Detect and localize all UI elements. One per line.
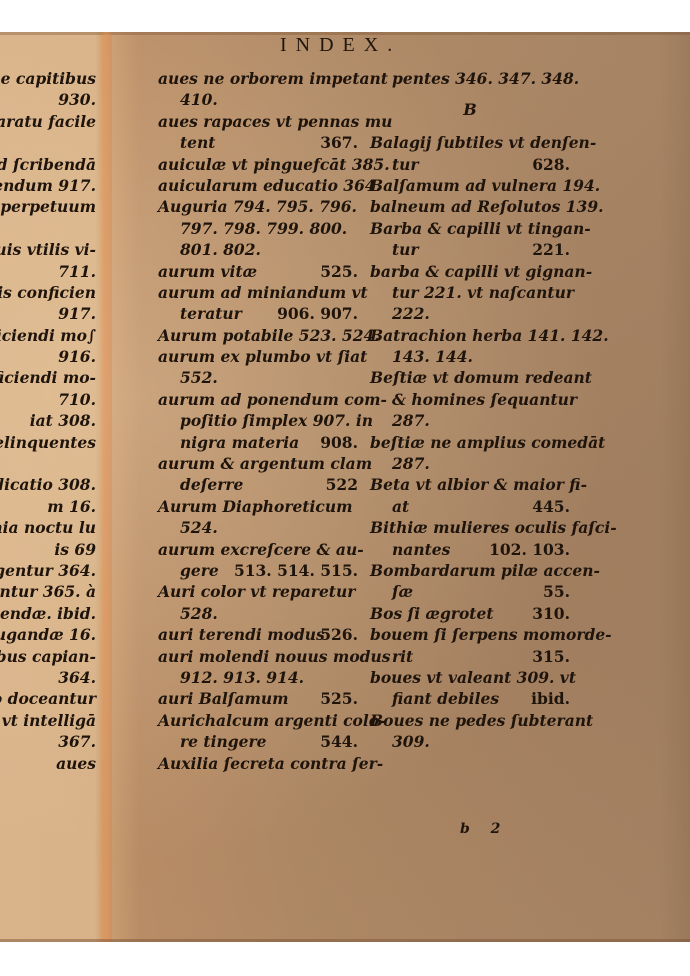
line-text: ibus capian- — [0, 646, 96, 668]
entry-continuation-line: poſitio ſimplex 907. in — [158, 410, 358, 431]
index-entry: boues vt valeant 309. vtfiant debilesibi… — [370, 667, 570, 710]
entry-text: 287. — [392, 454, 430, 473]
entry-headword-line: aurum ad miniandum vt — [158, 282, 358, 303]
index-entry: Balſamum ad vulnera 194. — [370, 175, 570, 196]
entry-continuation-line: re tingere544. — [158, 731, 358, 752]
line-text: nendum 917. — [0, 175, 96, 197]
entry-continuation-line: 309. — [370, 731, 570, 752]
line-text: 930. — [58, 89, 96, 111]
entry-headword-line: auri molendi nouus modus — [158, 646, 358, 667]
left-fragment-line: 710. — [0, 389, 96, 410]
left-fragment-line: ania noctu lu — [0, 517, 96, 538]
left-fragment-line: delinquentes — [0, 432, 96, 453]
page-reference: ibid. — [531, 688, 570, 710]
index-entry: auri molendi nouus modus912. 913. 914. — [158, 646, 358, 689]
page-header: INDEX. — [280, 34, 401, 56]
entry-text: bouem ſi ſerpens momorde- — [370, 625, 612, 644]
entry-continuation-line: tur221. — [370, 239, 570, 260]
index-entry: Aurum potabile 523. 524. — [158, 325, 358, 346]
entry-continuation-line: tur 221. vt naſcantur — [370, 282, 570, 303]
entry-text: Batrachion herba 141. 142. — [370, 326, 609, 345]
index-entry: aues ne orborem impetant410. — [158, 68, 358, 111]
entry-text: Bombardarum pilæ accen- — [370, 561, 600, 580]
page-reference: 315. — [532, 646, 570, 668]
entry-text: Balſamum ad vulnera 194. — [370, 176, 600, 195]
index-entry: aurum vitæ525. — [158, 261, 358, 282]
entry-text: 410. — [180, 90, 218, 109]
entry-continuation-line: ſæ55. — [370, 581, 570, 602]
line-text: m 16. — [47, 496, 96, 518]
entry-headword-line: aues ne orborem impetant — [158, 68, 358, 89]
entry-headword-line: Auxilia ſecreta contra ſer- — [158, 753, 358, 774]
left-fragment-line: fugandæ 16. — [0, 624, 96, 645]
index-column-middle: aues ne orborem impetant410.aues rapaces… — [158, 68, 358, 774]
entry-text: pentes 346. 347. 348. — [392, 69, 579, 88]
entry-continuation-line: 287. — [370, 453, 570, 474]
line-text: vt intelligā — [2, 710, 96, 732]
entry-text: fiant debiles — [392, 689, 499, 708]
left-fragment-line — [0, 218, 96, 239]
left-fragment-line: paratu facile — [0, 111, 96, 132]
line-text: 367. — [58, 731, 96, 753]
index-entry: aurum ad ponendum com-poſitio ſimplex 90… — [158, 389, 358, 453]
index-entry: Aurum Diaphoreticum524. — [158, 496, 358, 539]
page-reference: 367. — [320, 132, 358, 154]
entry-headword-line: Auguria 794. 795. 796. — [158, 196, 358, 217]
entry-continuation-line: deſerre522 — [158, 474, 358, 495]
entry-text: Aurum potabile 523. 524. — [158, 326, 380, 345]
index-entry: auiculæ vt pinguefcāt 385. — [158, 154, 358, 175]
page-reference: 310. — [532, 603, 570, 625]
line-text: ntur 365. à — [0, 581, 96, 603]
entry-headword-line: Bos ſi ægrotet310. — [370, 603, 570, 624]
index-entry: Beta vt albior & maior fi-at445. — [370, 474, 570, 517]
page-reference: 55. — [543, 581, 570, 603]
entry-text: nigra materia — [180, 433, 299, 452]
page-reference: 102. 103. — [489, 539, 570, 561]
entry-headword-line: aues rapaces vt pennas mu — [158, 111, 358, 132]
printer-signature-mark: b 2 — [460, 818, 508, 840]
index-entry: aurum ad miniandum vtteratur906. 907. — [158, 282, 358, 325]
left-fragment-line: ntur 365. à — [0, 581, 96, 602]
left-fragment-line: m 16. — [0, 496, 96, 517]
entry-text: balneum ad Reſolutos 139. — [370, 197, 604, 216]
index-entry: balneum ad Reſolutos 139. — [370, 196, 570, 217]
line-text: fugandæ 16. — [0, 624, 96, 646]
entry-text: 801. 802. — [180, 240, 261, 259]
entry-headword-line: Bombardarum pilæ accen- — [370, 560, 570, 581]
entry-text: auri Balſamum — [158, 689, 289, 708]
entry-continuation-line: 222. — [370, 303, 570, 324]
entry-text: auicularum educatio 364. — [158, 176, 381, 195]
entry-headword-line: aurum vitæ525. — [158, 261, 358, 282]
entry-text: aurum ad ponendum com- — [158, 390, 387, 409]
entry-headword-line: boues vt valeant 309. vt — [370, 667, 570, 688]
line-text: rcendæ. ibid. — [0, 603, 96, 625]
entry-text: barba & capilli vt gignan- — [370, 262, 592, 281]
page-bottom-edge — [0, 939, 690, 942]
entry-text: gere — [180, 561, 219, 580]
entry-text: Auxilia ſecreta contra ſer- — [158, 754, 383, 773]
left-fragment-line: nficiendi mo- — [0, 367, 96, 388]
entry-continuation-line: nantes102. 103. — [370, 539, 570, 560]
index-entry: Boues ne pedes ſubterant309. — [370, 710, 570, 753]
entry-continuation-line: & homines ſequantur — [370, 389, 570, 410]
left-fragment-line: do doceantur — [0, 688, 96, 709]
entry-text: Boues ne pedes ſubterant — [370, 711, 593, 730]
entry-continuation-line: tur628. — [370, 154, 570, 175]
book-gutter — [100, 32, 112, 942]
entry-text: 912. 913. 914. — [180, 668, 304, 687]
entry-text: nantes — [392, 540, 450, 559]
entry-text: auri terendi modus — [158, 625, 325, 644]
entry-headword-line: Beſtiæ vt domum redeant — [370, 367, 570, 388]
entry-continuation-line: 912. 913. 914. — [158, 667, 358, 688]
left-fragment-line: 711. — [0, 261, 96, 282]
line-text: gentur 364. — [0, 560, 96, 582]
index-entry: beſtiæ ne amplius comedāt287. — [370, 432, 570, 475]
entry-continuation-line: at445. — [370, 496, 570, 517]
line-text: aluis vtilis vi- — [0, 239, 96, 261]
line-text: ſine capitibus — [0, 68, 96, 90]
entry-headword-line: auicularum educatio 364. — [158, 175, 358, 196]
entry-headword-line: balneum ad Reſolutos 139. — [370, 196, 570, 217]
entry-headword-line: Batrachion herba 141. 142. — [370, 325, 570, 346]
index-entry: aurum & argentum clamdeſerre522 — [158, 453, 358, 496]
entry-headword-line: Bithiæ mulieres oculis faſci- — [370, 517, 570, 538]
entry-continuation-line: 797. 798. 799. 800. — [158, 218, 358, 239]
entry-text: 552. — [180, 368, 218, 387]
entry-text: ſæ — [392, 582, 413, 601]
page-reference: 525. — [320, 688, 358, 710]
entry-text: aurum ex plumbo vt ſiat — [158, 347, 367, 366]
entry-headword-line: Auri color vt reparetur — [158, 581, 358, 602]
entry-text: aurum ad miniandum vt — [158, 283, 368, 302]
entry-continuation-line: 528. — [158, 603, 358, 624]
entry-text: Barba & capilli vt tingan- — [370, 219, 591, 238]
entry-headword-line: aurum ex plumbo vt ſiat — [158, 346, 358, 367]
left-page-fragment-column: ſine capitibus930.paratu facilead ſcribe… — [0, 68, 96, 774]
entry-continuation-line: tent367. — [158, 132, 358, 153]
entry-continuation-line: nigra materia908. — [158, 432, 358, 453]
line-text: delinquentes — [0, 432, 96, 454]
entry-text: 797. 798. 799. 800. — [180, 219, 347, 238]
line-text: m perpetuum — [0, 196, 96, 218]
entry-text: tur — [392, 240, 419, 259]
index-entry: bouem ſi ſerpens momorde-rit315. — [370, 624, 570, 667]
left-fragment-line: nficiendi mo∫ — [0, 325, 96, 346]
page-reference: 513. 514. 515. — [234, 560, 358, 582]
page-reference: 544. — [320, 731, 358, 753]
entry-headword-line: Aurichalcum argenti colo- — [158, 710, 358, 731]
left-fragment-line: 917. — [0, 303, 96, 324]
entry-continuation-line: 524. — [158, 517, 358, 538]
line-text: 364. — [58, 667, 96, 689]
line-text: ad ſcribendā — [0, 154, 96, 176]
index-entry: Bithiæ mulieres oculis faſci-nantes102. … — [370, 517, 570, 560]
left-fragment-line: ibus capian- — [0, 646, 96, 667]
line-text: 711. — [58, 261, 96, 283]
entry-text: Aurichalcum argenti colo- — [158, 711, 386, 730]
left-fragment-line — [0, 453, 96, 474]
entry-headword-line: Aurum Diaphoreticum — [158, 496, 358, 517]
index-column-right: pentes 346. 347. 348.BBalagij ſubtiles v… — [370, 68, 570, 753]
index-entry: aurum ex plumbo vt ſiat552. — [158, 346, 358, 389]
entry-headword-line: Beta vt albior & maior fi- — [370, 474, 570, 495]
entry-continuation-line: fiant debilesibid. — [370, 688, 570, 709]
page-reference: 522 — [326, 474, 358, 496]
entry-text: 524. — [180, 518, 218, 537]
line-text: aues — [56, 753, 96, 775]
line-text: 917. — [58, 303, 96, 325]
entry-text: 143. 144. — [392, 347, 473, 366]
entry-text: tent — [180, 133, 215, 152]
left-fragment-line: 916. — [0, 346, 96, 367]
entry-headword-line: aurum ad ponendum com- — [158, 389, 358, 410]
index-entry: Bombardarum pilæ accen-ſæ55. — [370, 560, 570, 603]
entry-text: 309. — [392, 732, 430, 751]
entry-headword-line: Balagij ſubtiles vt denſen- — [370, 132, 570, 153]
entry-headword-line: auri terendi modus526. — [158, 624, 358, 645]
entry-headword-line: barba & capilli vt gignan- — [370, 261, 570, 282]
page-reference: 525. — [320, 261, 358, 283]
entry-text: Auri color vt reparetur — [158, 582, 355, 601]
entry-text: auri molendi nouus modus — [158, 647, 391, 666]
line-text: aluis conficien — [0, 282, 96, 304]
entry-text: at — [392, 497, 409, 516]
entry-text: aues ne orborem impetant — [158, 69, 388, 88]
left-fragment-line: ſine capitibus — [0, 68, 96, 89]
entry-text: poſitio ſimplex 907. in — [180, 411, 373, 430]
entry-text: tur — [392, 155, 419, 174]
left-fragment-line: 364. — [0, 667, 96, 688]
left-fragment-line: 367. — [0, 731, 96, 752]
entry-text: Beta vt albior & maior fi- — [370, 475, 587, 494]
entry-text: boues vt valeant 309. vt — [370, 668, 576, 687]
left-fragment-line: nendum 917. — [0, 175, 96, 196]
entry-continuation-line: teratur906. 907. — [158, 303, 358, 324]
left-fragment-line: ad ſcribendā — [0, 154, 96, 175]
index-entry: aues rapaces vt pennas mutent367. — [158, 111, 358, 154]
entry-text: aurum excreſcere & au- — [158, 540, 364, 559]
entry-headword-line: Aurum potabile 523. 524. — [158, 325, 358, 346]
index-entry: Balagij ſubtiles vt denſen-tur628. — [370, 132, 570, 175]
entry-text: teratur — [180, 304, 242, 323]
entry-text: & homines ſequantur — [392, 390, 577, 409]
line-text: nficiendi mo∫ — [0, 325, 96, 347]
index-entry: Aurichalcum argenti colo-re tingere544. — [158, 710, 358, 753]
entry-text: deſerre — [180, 475, 243, 494]
left-fragment-line: 930. — [0, 89, 96, 110]
left-fragment-line: iat 308. — [0, 410, 96, 431]
left-fragment-line: dicatio 308. — [0, 474, 96, 495]
entry-headword-line: bouem ſi ſerpens momorde- — [370, 624, 570, 645]
page-reference: 221. — [532, 239, 570, 261]
entry-headword-line: aurum excreſcere & au- — [158, 539, 358, 560]
index-entry: auicularum educatio 364. — [158, 175, 358, 196]
entry-headword-line: Boues ne pedes ſubterant — [370, 710, 570, 731]
index-entry: Auri color vt reparetur528. — [158, 581, 358, 624]
left-fragment-line — [0, 132, 96, 153]
left-fragment-line: rcendæ. ibid. — [0, 603, 96, 624]
entry-text: 222. — [392, 304, 430, 323]
page-reference: 526. — [320, 624, 358, 646]
entry-text: rit — [392, 647, 413, 666]
line-text: paratu facile — [0, 111, 96, 133]
entry-text: auiculæ vt pinguefcāt 385. — [158, 155, 390, 174]
index-entry: Barba & capilli vt tingan-tur221. — [370, 218, 570, 261]
entry-headword-line: Balſamum ad vulnera 194. — [370, 175, 570, 196]
entry-continuation-line: gere513. 514. 515. — [158, 560, 358, 581]
entry-text: aurum vitæ — [158, 262, 257, 281]
entry-headword-line: auiculæ vt pinguefcāt 385. — [158, 154, 358, 175]
entry-continuation-line: rit315. — [370, 646, 570, 667]
entry-continuation-line: 552. — [158, 367, 358, 388]
index-entry: aurum excreſcere & au-gere513. 514. 515. — [158, 539, 358, 582]
line-text: is 69 — [54, 539, 96, 561]
index-entry: Beſtiæ vt domum redeant& homines ſequant… — [370, 367, 570, 431]
index-entry: barba & capilli vt gignan-tur 221. vt na… — [370, 261, 570, 325]
entry-text: 287. — [392, 411, 430, 430]
entry-text: Beſtiæ vt domum redeant — [370, 368, 592, 387]
line-text: 916. — [58, 346, 96, 368]
entry-text: 528. — [180, 604, 218, 623]
line-text: ania noctu lu — [0, 517, 96, 539]
line-text: do doceantur — [0, 688, 96, 710]
line-text: dicatio 308. — [0, 474, 96, 496]
entry-text: beſtiæ ne amplius comedāt — [370, 433, 605, 452]
entry-headword-line: beſtiæ ne amplius comedāt — [370, 432, 570, 453]
entry-text: aues rapaces vt pennas mu — [158, 112, 392, 131]
left-fragment-line: is 69 — [0, 539, 96, 560]
entry-text: Balagij ſubtiles vt denſen- — [370, 133, 596, 152]
page-reference: 445. — [532, 496, 570, 518]
entry-text: Auguria 794. 795. 796. — [158, 197, 357, 216]
entry-text: Bithiæ mulieres oculis faſci- — [370, 518, 617, 537]
entry-text: re tingere — [180, 732, 266, 751]
entry-text: aurum & argentum clam — [158, 454, 372, 473]
left-fragment-line: aues — [0, 753, 96, 774]
entry-text: Aurum Diaphoreticum — [158, 497, 353, 516]
entry-continuation-line: 287. — [370, 410, 570, 431]
section-letter-heading: B — [370, 89, 570, 132]
left-fragment-line: m perpetuum — [0, 196, 96, 217]
page-reference: 906. 907. — [277, 303, 358, 325]
left-fragment-line: vt intelligā — [0, 710, 96, 731]
entry-headword-line: aurum & argentum clam — [158, 453, 358, 474]
entry-text: Bos ſi ægrotet — [370, 604, 493, 623]
entry-continuation-line: 143. 144. — [370, 346, 570, 367]
index-entry: Bos ſi ægrotet310. — [370, 603, 570, 624]
entry-continuation-line: 801. 802. — [158, 239, 358, 260]
entry-continuation-line: pentes 346. 347. 348. — [370, 68, 570, 89]
line-text: nficiendi mo- — [0, 367, 96, 389]
entry-headword-line: Barba & capilli vt tingan- — [370, 218, 570, 239]
entry-headword-line: auri Balſamum525. — [158, 688, 358, 709]
entry-continuation-line: 410. — [158, 89, 358, 110]
left-fragment-line: gentur 364. — [0, 560, 96, 581]
index-entry: Auxilia ſecreta contra ſer- — [158, 753, 358, 774]
index-entry: auri Balſamum525. — [158, 688, 358, 709]
page-reference: 628. — [532, 154, 570, 176]
index-entry: pentes 346. 347. 348. — [370, 68, 570, 89]
index-entry: Batrachion herba 141. 142.143. 144. — [370, 325, 570, 368]
page-reference: 908. — [320, 432, 358, 454]
index-entry: Auguria 794. 795. 796.797. 798. 799. 800… — [158, 196, 358, 260]
left-fragment-line: aluis conficien — [0, 282, 96, 303]
line-text: iat 308. — [30, 410, 96, 432]
entry-text: tur 221. vt naſcantur — [392, 283, 574, 302]
line-text: 710. — [58, 389, 96, 411]
left-fragment-line: aluis vtilis vi- — [0, 239, 96, 260]
index-entry: auri terendi modus526. — [158, 624, 358, 645]
